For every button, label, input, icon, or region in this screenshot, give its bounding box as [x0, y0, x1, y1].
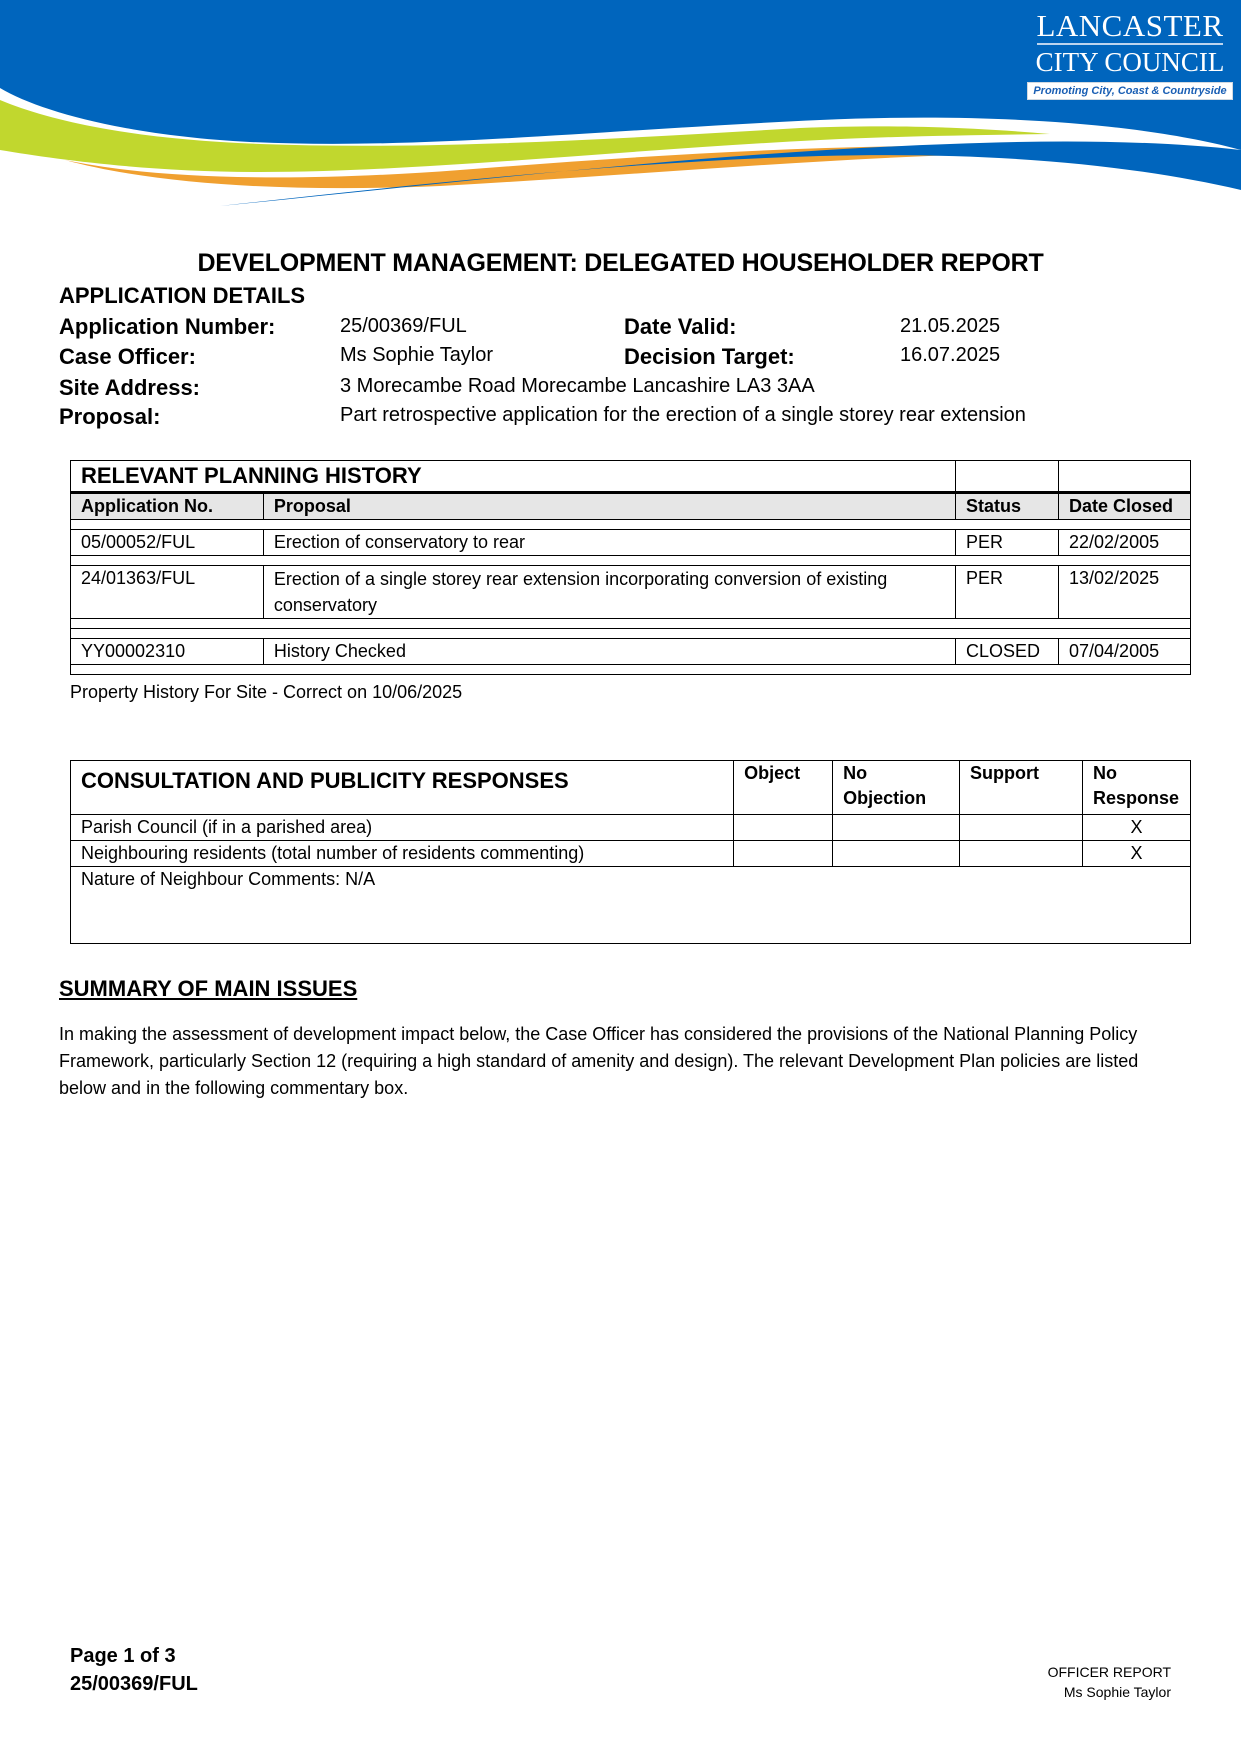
planning-history-title: RELEVANT PLANNING HISTORY: [71, 461, 956, 493]
column-header: Object: [734, 761, 833, 815]
logo-divider: [1037, 43, 1223, 45]
table-row: Neighbouring residents (total number of …: [71, 841, 1191, 867]
logo-tagline: Promoting City, Coast & Countryside: [1027, 82, 1232, 100]
summary-text: In making the assessment of development …: [59, 1021, 1189, 1102]
app-no-cell: 24/01363/FUL: [71, 566, 264, 619]
proposal-cell: Erection of conservatory to rear: [263, 530, 955, 556]
proposal-cell: Erection of a single storey rear extensi…: [263, 566, 955, 619]
footer-officer: Ms Sophie Taylor: [1048, 1682, 1171, 1702]
application-number-value: 25/00369/FUL: [340, 315, 467, 338]
planning-history-table: RELEVANT PLANNING HISTORY Application No…: [70, 460, 1191, 675]
summary-heading: SUMMARY OF MAIN ISSUES: [59, 976, 357, 1002]
column-header: Support: [960, 761, 1083, 815]
proposal-label: Proposal:: [59, 404, 160, 430]
footer-reference: 25/00369/FUL: [70, 1670, 198, 1698]
application-details-heading: APPLICATION DETAILS: [59, 283, 305, 309]
consultation-header-row: CONSULTATION AND PUBLICITY RESPONSES Obj…: [71, 761, 1191, 815]
consultation-responses-table: CONSULTATION AND PUBLICITY RESPONSES Obj…: [70, 760, 1191, 944]
date-closed-cell: 22/02/2005: [1059, 530, 1191, 556]
date-closed-cell: 13/02/2025: [1059, 566, 1191, 619]
footer-right: OFFICER REPORT Ms Sophie Taylor: [1048, 1662, 1171, 1702]
planning-history-header-row: Application No. Proposal Status Date Clo…: [71, 493, 1191, 520]
object-cell: [734, 815, 833, 841]
decision-target-value: 16.07.2025: [900, 344, 1000, 367]
column-header: No Response: [1082, 761, 1190, 815]
proposal-cell: History Checked: [263, 639, 955, 665]
table-row: Parish Council (if in a parished area) X: [71, 815, 1191, 841]
support-cell: [960, 815, 1083, 841]
page-number: Page 1 of 3: [70, 1642, 198, 1670]
column-header: Status: [956, 493, 1059, 520]
case-officer-value: Ms Sophie Taylor: [340, 344, 493, 367]
planning-history-title-row: RELEVANT PLANNING HISTORY: [71, 461, 1191, 493]
app-no-cell: YY00002310: [71, 639, 264, 665]
council-logo: LANCASTER CITY COUNCIL Promoting City, C…: [1025, 10, 1235, 100]
date-valid-label: Date Valid:: [624, 314, 736, 340]
neighbour-comments: Nature of Neighbour Comments: N/A: [71, 867, 1191, 944]
logo-line-2: CITY COUNCIL: [1025, 47, 1235, 77]
consultee-label: Parish Council (if in a parished area): [71, 815, 734, 841]
site-address-label: Site Address:: [59, 375, 200, 401]
logo-line-1: LANCASTER: [1025, 10, 1235, 42]
app-no-cell: 05/00052/FUL: [71, 530, 264, 556]
status-cell: PER: [956, 530, 1059, 556]
property-history-note: Property History For Site - Correct on 1…: [70, 682, 462, 703]
no-response-cell: X: [1082, 815, 1190, 841]
footer-report-type: OFFICER REPORT: [1048, 1662, 1171, 1682]
no-objection-cell: [833, 841, 960, 867]
neighbour-comments-row: Nature of Neighbour Comments: N/A: [71, 867, 1191, 944]
column-header: Date Closed: [1059, 493, 1191, 520]
date-valid-value: 21.05.2025: [900, 315, 1000, 338]
consultee-label: Neighbouring residents (total number of …: [71, 841, 734, 867]
proposal-value: Part retrospective application for the e…: [340, 404, 1026, 427]
support-cell: [960, 841, 1083, 867]
table-row: YY00002310 History Checked CLOSED 07/04/…: [71, 639, 1191, 665]
column-header: Application No.: [71, 493, 264, 520]
no-response-cell: X: [1082, 841, 1190, 867]
document-title: DEVELOPMENT MANAGEMENT: DELEGATED HOUSEH…: [0, 249, 1241, 278]
no-objection-cell: [833, 815, 960, 841]
application-number-label: Application Number:: [59, 314, 275, 340]
case-officer-label: Case Officer:: [59, 344, 196, 370]
council-banner: LANCASTER CITY COUNCIL Promoting City, C…: [0, 0, 1241, 210]
table-row: 05/00052/FUL Erection of conservatory to…: [71, 530, 1191, 556]
site-address-value: 3 Morecambe Road Morecambe Lancashire LA…: [340, 375, 815, 398]
decision-target-label: Decision Target:: [624, 344, 795, 370]
object-cell: [734, 841, 833, 867]
footer-left: Page 1 of 3 25/00369/FUL: [70, 1642, 198, 1698]
date-closed-cell: 07/04/2005: [1059, 639, 1191, 665]
table-row: 24/01363/FUL Erection of a single storey…: [71, 566, 1191, 619]
status-cell: PER: [956, 566, 1059, 619]
status-cell: CLOSED: [956, 639, 1059, 665]
consultation-title: CONSULTATION AND PUBLICITY RESPONSES: [71, 761, 734, 815]
column-header: Proposal: [263, 493, 955, 520]
column-header: No Objection: [833, 761, 960, 815]
